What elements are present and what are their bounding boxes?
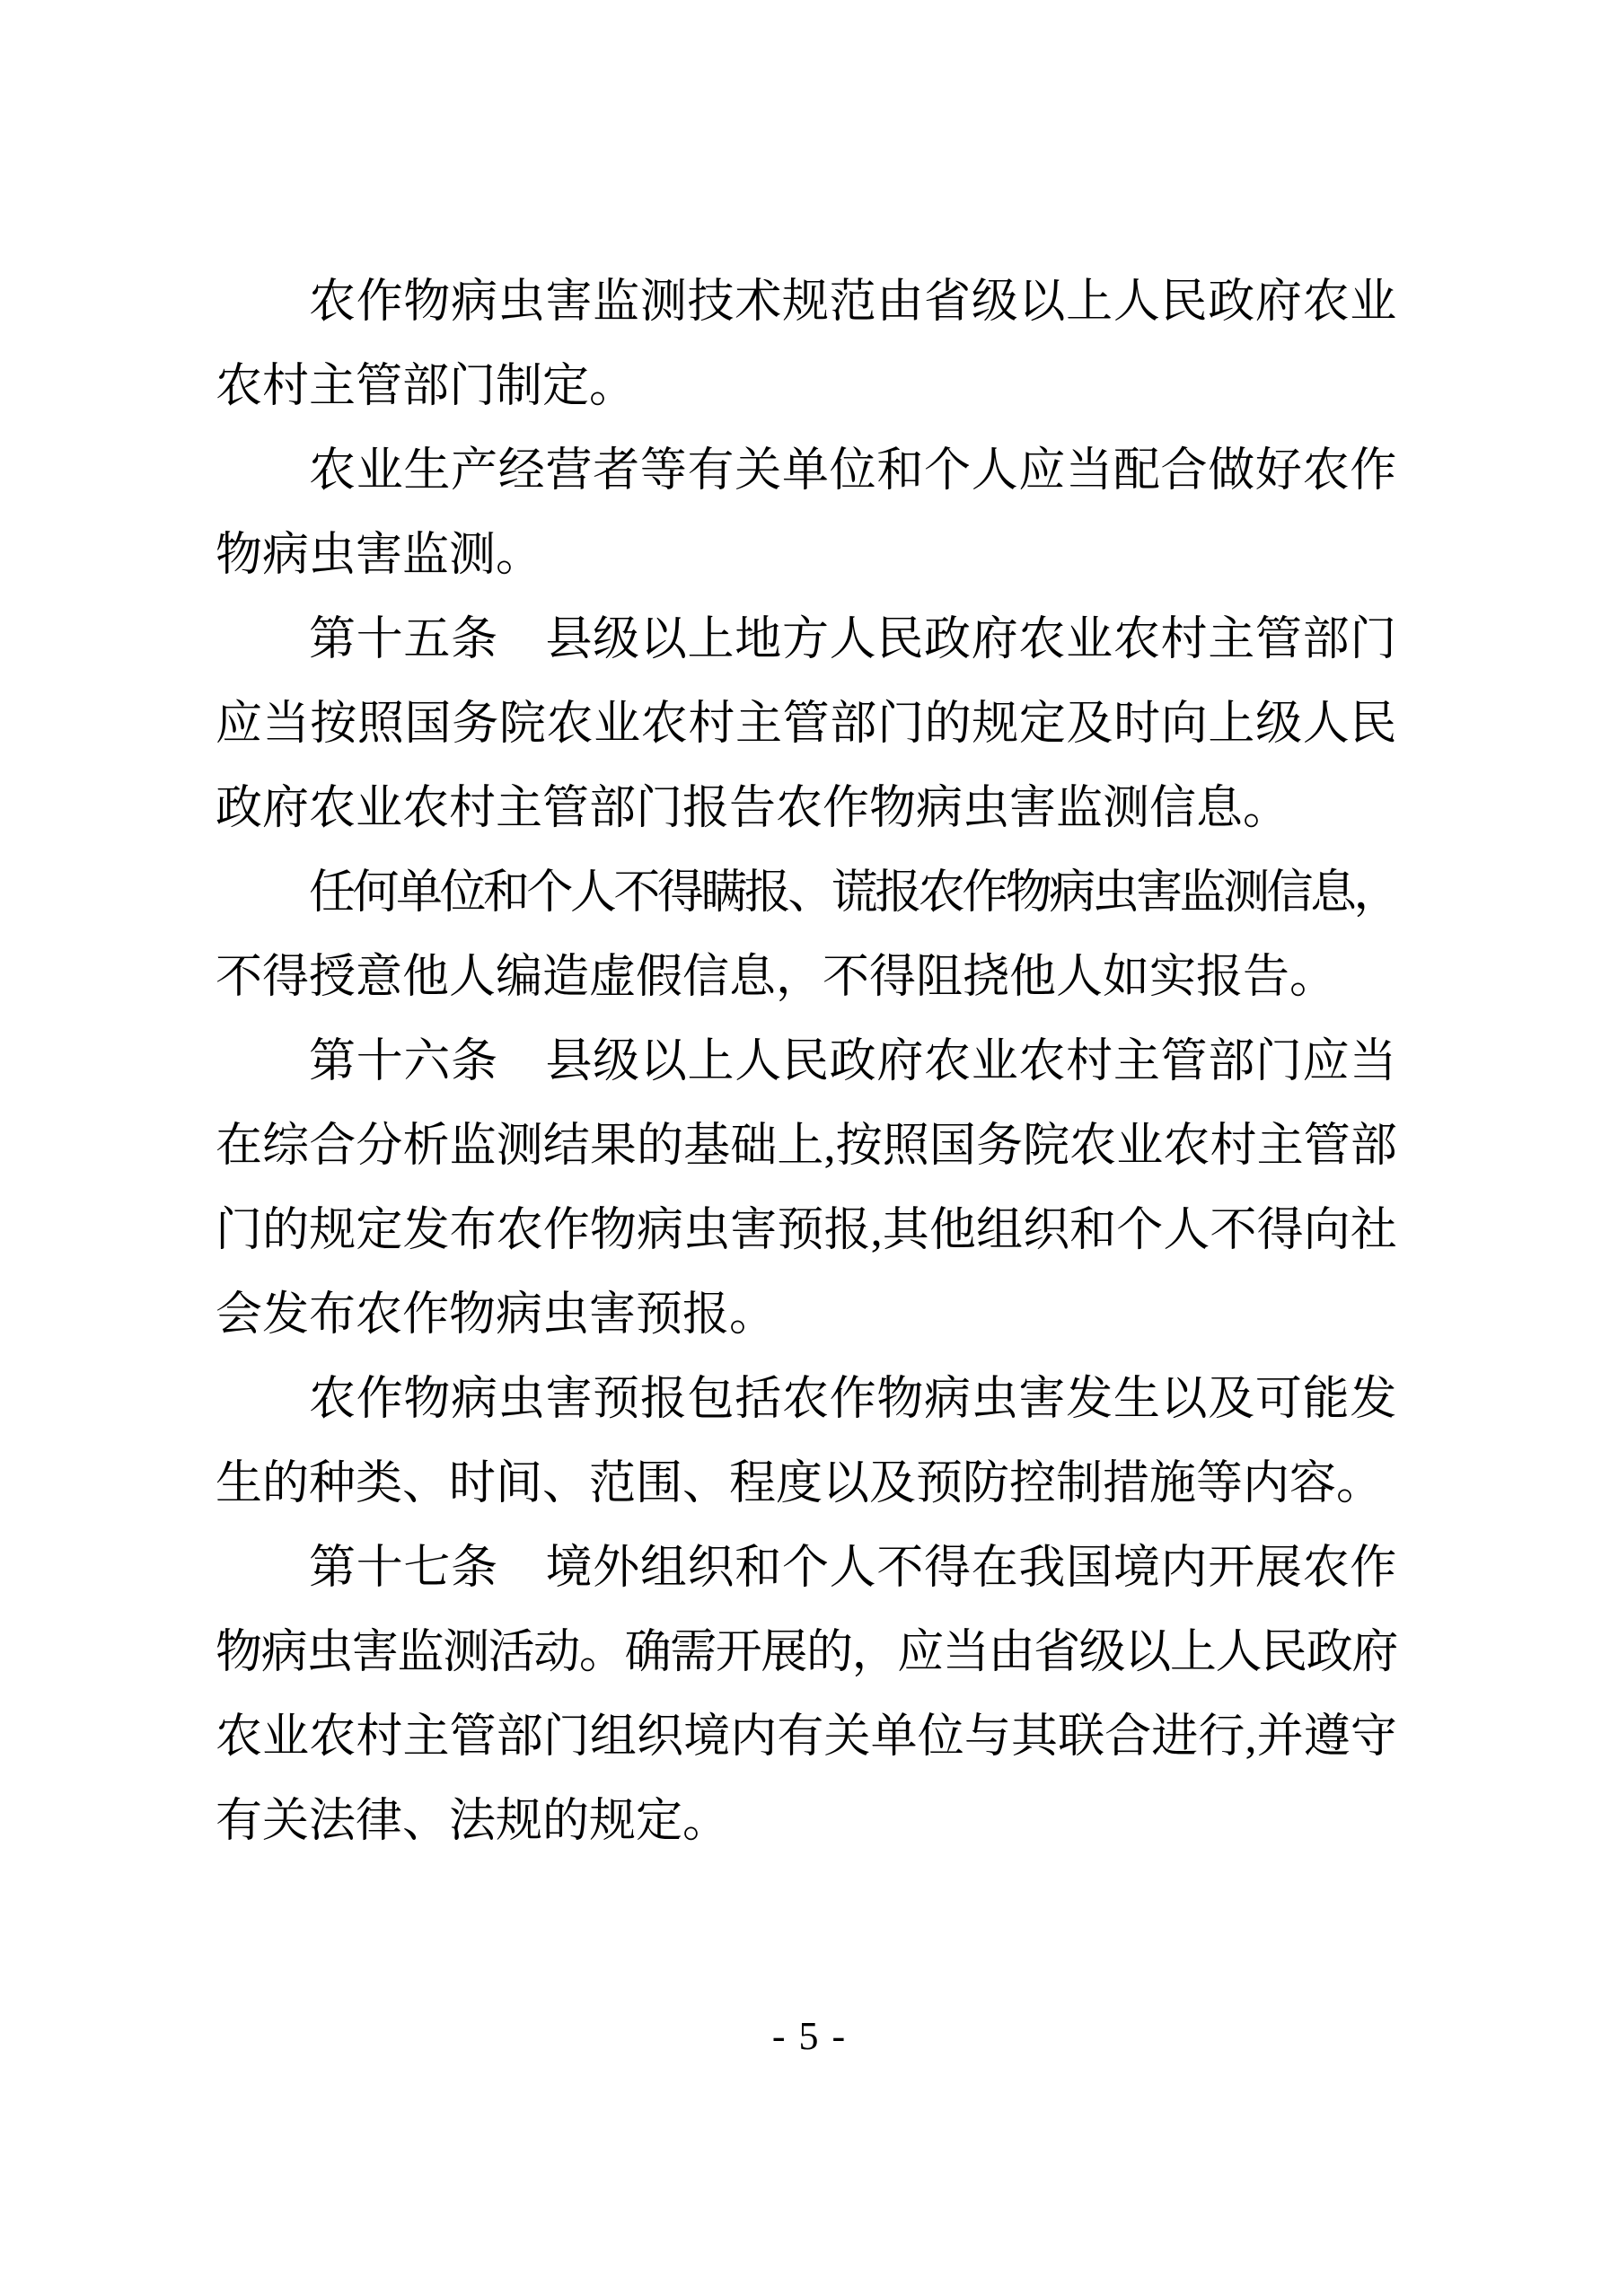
text-line: 任何单位和个人不得瞒报、谎报农作物病虫害监测信息，: [216, 851, 1397, 936]
paragraph: 农作物病虫害预报包括农作物病虫害发生以及可能发生的种类、时间、范围、程度以及预防…: [216, 1358, 1397, 1526]
text-line: 农业农村主管部门组织境内有关单位与其联合进行,并遵守: [216, 1695, 1397, 1780]
page-number: - 5 -: [0, 2010, 1619, 2063]
paragraph: 第十七条 境外组织和个人不得在我国境内开展农作物病虫害监测活动。确需开展的，应当…: [216, 1526, 1397, 1864]
paragraph: 任何单位和个人不得瞒报、谎报农作物病虫害监测信息，不得授意他人编造虚假信息，不得…: [216, 851, 1397, 1020]
text-line: 生的种类、时间、范围、程度以及预防控制措施等内容。: [216, 1442, 1397, 1526]
text-line: 第十五条 县级以上地方人民政府农业农村主管部门: [216, 598, 1397, 682]
text-line: 有关法律、法规的规定。: [216, 1780, 1397, 1864]
document-body: 农作物病虫害监测技术规范由省级以上人民政府农业农村主管部门制定。农业生产经营者等…: [216, 260, 1397, 1864]
text-line: 在综合分析监测结果的基础上,按照国务院农业农村主管部: [216, 1104, 1397, 1189]
paragraph: 农作物病虫害监测技术规范由省级以上人民政府农业农村主管部门制定。: [216, 260, 1397, 429]
text-line: 会发布农作物病虫害预报。: [216, 1273, 1397, 1358]
paragraph: 第十五条 县级以上地方人民政府农业农村主管部门应当按照国务院农业农村主管部门的规…: [216, 598, 1397, 851]
text-line: 门的规定发布农作物病虫害预报,其他组织和个人不得向社: [216, 1189, 1397, 1273]
text-line: 物病虫害监测活动。确需开展的，应当由省级以上人民政府: [216, 1611, 1397, 1695]
text-line: 政府农业农村主管部门报告农作物病虫害监测信息。: [216, 767, 1397, 851]
text-line: 农业生产经营者等有关单位和个人应当配合做好农作: [216, 429, 1397, 514]
text-line: 农作物病虫害监测技术规范由省级以上人民政府农业: [216, 260, 1397, 345]
document-page: 农作物病虫害监测技术规范由省级以上人民政府农业农村主管部门制定。农业生产经营者等…: [0, 0, 1619, 2296]
text-line: 应当按照国务院农业农村主管部门的规定及时向上级人民: [216, 682, 1397, 767]
text-line: 第十七条 境外组织和个人不得在我国境内开展农作: [216, 1526, 1397, 1611]
text-line: 不得授意他人编造虚假信息，不得阻挠他人如实报告。: [216, 936, 1397, 1020]
paragraph: 农业生产经营者等有关单位和个人应当配合做好农作物病虫害监测。: [216, 429, 1397, 598]
text-line: 农作物病虫害预报包括农作物病虫害发生以及可能发: [216, 1358, 1397, 1442]
paragraph: 第十六条 县级以上人民政府农业农村主管部门应当在综合分析监测结果的基础上,按照国…: [216, 1020, 1397, 1358]
text-line: 第十六条 县级以上人民政府农业农村主管部门应当: [216, 1020, 1397, 1104]
text-line: 物病虫害监测。: [216, 514, 1397, 598]
text-line: 农村主管部门制定。: [216, 345, 1397, 429]
